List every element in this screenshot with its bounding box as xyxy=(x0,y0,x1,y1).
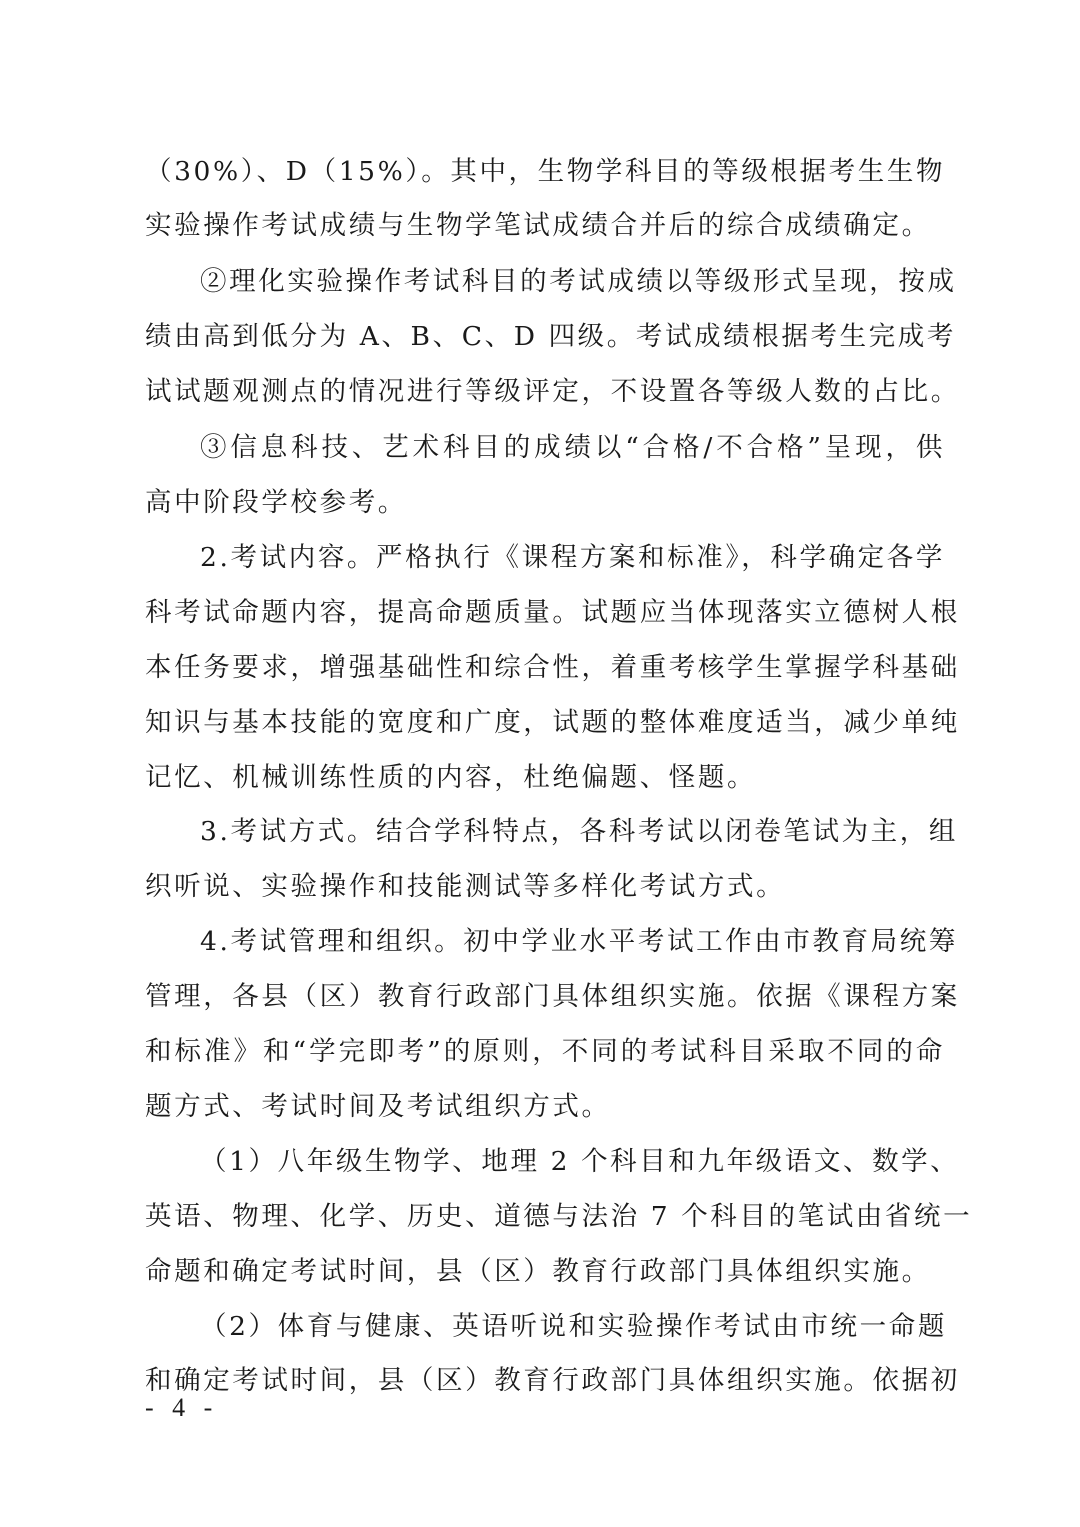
paragraph-line: 题方式、考试时间及考试组织方式。 xyxy=(145,1087,945,1127)
paragraph-first-line: （2）体育与健康、英语听说和实验操作考试由市统一命题 xyxy=(200,1307,945,1347)
paragraph-first-line: 4.考试管理和组织。初中学业水平考试工作由市教育局统筹 xyxy=(200,922,945,962)
paragraph-line: 绩由高到低分为 A、B、C、D 四级。考试成绩根据考生完成考 xyxy=(145,317,945,357)
page-number: - 4 - xyxy=(145,1392,218,1424)
paragraph-line: 记忆、机械训练性质的内容，杜绝偏题、怪题。 xyxy=(145,758,945,798)
paragraph-line: 知识与基本技能的宽度和广度，试题的整体难度适当，减少单纯 xyxy=(145,703,945,743)
paragraph-line: 管理，各县（区）教育行政部门具体组织实施。依据《课程方案 xyxy=(145,977,945,1017)
paragraph-first-line: 2.考试内容。严格执行《课程方案和标准》，科学确定各学 xyxy=(200,538,945,578)
paragraph-line: 科考试命题内容，提高命题质量。试题应当体现落实立德树人根 xyxy=(145,593,945,633)
paragraph-line: 试试题观测点的情况进行等级评定，不设置各等级人数的占比。 xyxy=(145,372,945,412)
document-page: （30%）、D（15%）。其中，生物学科目的等级根据考生生物实验操作考试成绩与生… xyxy=(0,0,1080,1527)
paragraph-line: 本任务要求，增强基础性和综合性，着重考核学生掌握学科基础 xyxy=(145,648,945,688)
paragraph-line: 和确定考试时间，县（区）教育行政部门具体组织实施。依据初 xyxy=(145,1361,945,1401)
paragraph-line: 英语、物理、化学、历史、道德与法治 7 个科目的笔试由省统一 xyxy=(145,1197,945,1237)
paragraph-first-line: 3.考试方式。结合学科特点，各科考试以闭卷笔试为主，组 xyxy=(200,812,945,852)
paragraph-line: 织听说、实验操作和技能测试等多样化考试方式。 xyxy=(145,867,945,907)
paragraph-first-line: ②理化实验操作考试科目的考试成绩以等级形式呈现，按成 xyxy=(200,262,945,302)
paragraph-first-line: （1）八年级生物学、地理 2 个科目和九年级语文、数学、 xyxy=(200,1142,945,1182)
paragraph-line: （30%）、D（15%）。其中，生物学科目的等级根据考生生物 xyxy=(145,152,945,192)
paragraph-line: 和标准》和“学完即考”的原则，不同的考试科目采取不同的命 xyxy=(145,1032,945,1072)
paragraph-line: 高中阶段学校参考。 xyxy=(145,483,945,523)
paragraph-line: 命题和确定考试时间，县（区）教育行政部门具体组织实施。 xyxy=(145,1252,945,1292)
paragraph-line: 实验操作考试成绩与生物学笔试成绩合并后的综合成绩确定。 xyxy=(145,206,945,246)
paragraph-first-line: ③信息科技、艺术科目的成绩以“合格/不合格”呈现，供 xyxy=(200,428,945,468)
